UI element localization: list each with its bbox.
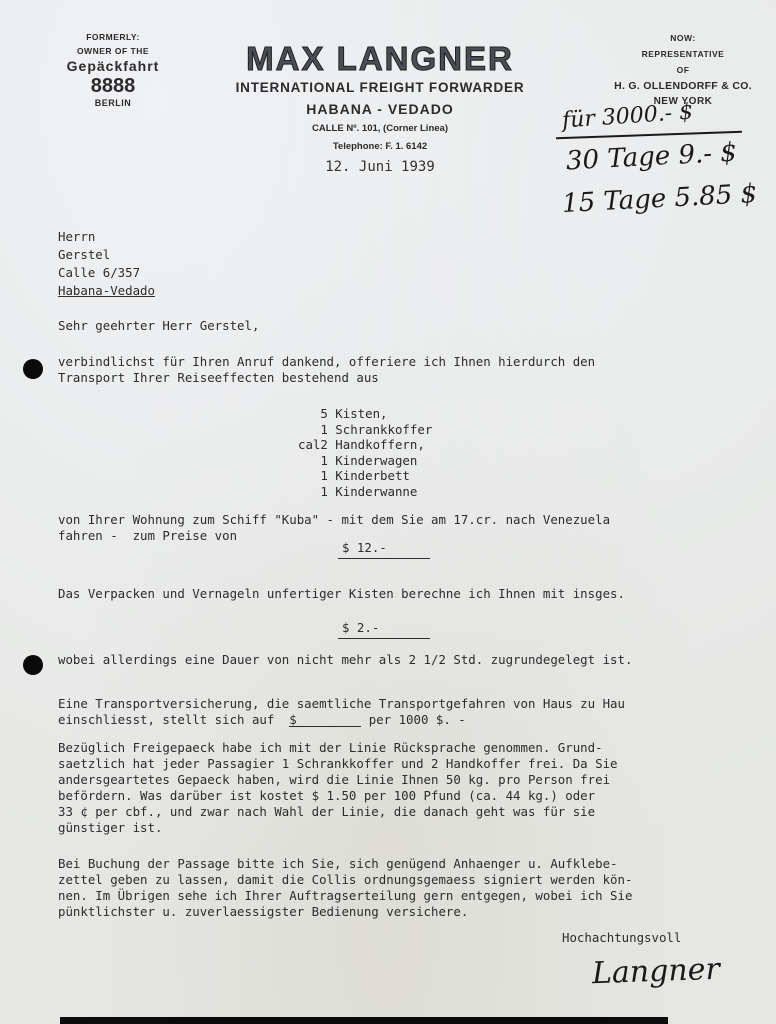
bottom-edge-bar: [60, 1017, 668, 1024]
paragraph-route: von Ihrer Wohnung zum Schiff "Kuba" - mi…: [58, 512, 610, 544]
salutation: Sehr geehrter Herr Gerstel,: [58, 318, 259, 334]
insurance-dollar-sign: $: [289, 712, 296, 727]
gepaeckfahrt-label: Gepäckfahrt: [48, 58, 178, 75]
paragraph-packing: Das Verpacken und Vernageln unfertiger K…: [58, 586, 625, 602]
representative-label: REPRESENTATIVE: [598, 46, 768, 62]
company-name: MAX LANGNER: [210, 40, 550, 78]
paragraph-insurance: Eine Transportversicherung, die saemtlic…: [58, 696, 625, 728]
item: cal2 Handkoffern,: [298, 437, 432, 453]
insurance-line-2-start: einschliesst, stellt sich auf: [58, 712, 289, 727]
addressee-street: Calle 6/357: [58, 264, 155, 282]
letter-date: 12. Juni 1939: [210, 156, 550, 178]
berlin-label: BERLIN: [48, 97, 178, 110]
company-telephone: Telephone: F. 1. 6142: [210, 138, 550, 156]
company-city: HABANA - VEDADO: [210, 98, 550, 120]
letterhead-left: FORMERLY: OWNER OF THE Gepäckfahrt 8888 …: [48, 30, 178, 110]
ollendorff-label: H. G. OLLENDORFF & CO.: [598, 78, 768, 95]
item-list: 5 Kisten, 1 Schrankkoffercal2 Handkoffer…: [298, 406, 432, 499]
paragraph-duration: wobei allerdings eine Dauer von nicht me…: [58, 652, 632, 668]
packing-price: $ 2.-: [338, 620, 430, 639]
punch-hole: [23, 359, 43, 379]
addressee-city: Habana-Vedado: [58, 282, 155, 300]
paragraph-free-baggage: Bezüglich Freigepaeck habe ich mit der L…: [58, 740, 618, 836]
company-tagline: INTERNATIONAL FREIGHT FORWARDER: [210, 78, 550, 98]
addressee-block: HerrnGerstelCalle 6/357Habana-Vedado: [58, 228, 155, 300]
paragraph-offer: verbindlichst für Ihren Anruf dankend, o…: [58, 354, 595, 386]
formerly-label: FORMERLY:: [48, 30, 178, 44]
closing: Hochachtungsvoll: [562, 930, 681, 946]
of-label: OF: [598, 62, 768, 78]
now-label: NOW:: [598, 30, 768, 46]
company-address: CALLE Nº. 101, (Corner Linea): [210, 120, 550, 138]
letterhead-right: NOW: REPRESENTATIVE OF H. G. OLLENDORFF …: [598, 30, 768, 109]
item: 5 Kisten,: [298, 406, 432, 422]
insurance-line-2-end: per 1000 $. -: [361, 712, 465, 727]
item: 1 Kinderwanne: [298, 484, 432, 500]
handwritten-note-30-days: 30 Tage 9.- $: [565, 138, 737, 177]
gepaeckfahrt-number: 8888: [48, 75, 178, 97]
item: 1 Schrankkoffer: [298, 422, 432, 438]
insurance-rate-blank: $: [289, 712, 361, 727]
signature: Langner: [591, 952, 720, 991]
item: 1 Kinderwagen: [298, 453, 432, 469]
handwritten-note-15-days: 15 Tage 5.85 $: [561, 179, 757, 219]
owner-of-label: OWNER OF THE: [48, 44, 178, 58]
handwritten-note-amount: für 3000.- $: [561, 99, 694, 133]
addressee-name: Gerstel: [58, 246, 155, 264]
transport-price: $ 12.-: [338, 540, 430, 559]
insurance-line-1: Eine Transportversicherung, die saemtlic…: [58, 696, 625, 712]
letterhead-center: MAX LANGNER INTERNATIONAL FREIGHT FORWAR…: [210, 40, 550, 178]
addressee-title: Herrn: [58, 228, 155, 246]
item: 1 Kinderbett: [298, 468, 432, 484]
paragraph-booking: Bei Buchung der Passage bitte ich Sie, s…: [58, 856, 632, 920]
punch-hole: [23, 655, 43, 675]
